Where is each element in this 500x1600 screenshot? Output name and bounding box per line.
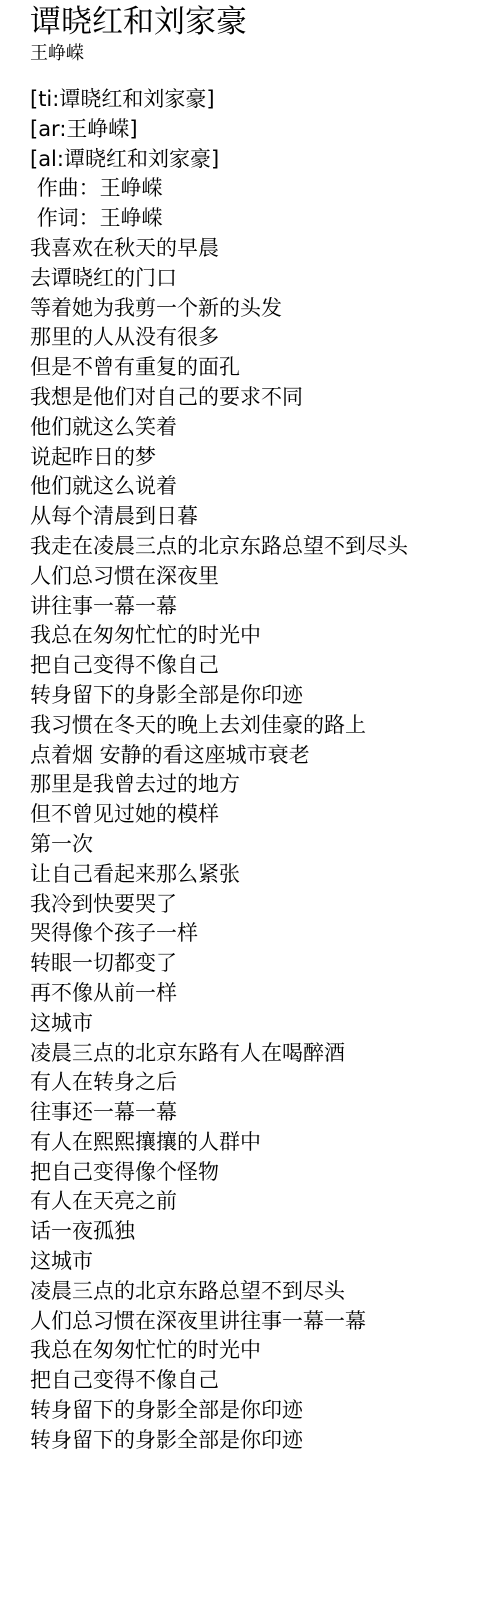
lyric-line: 我习惯在冬天的晚上去刘佳豪的路上 — [30, 711, 480, 741]
lyric-line: 凌晨三点的北京东路总望不到尽头 — [30, 1277, 480, 1307]
lyric-line: 但不曾见过她的模样 — [30, 800, 480, 830]
lyric-line: 我总在匆匆忙忙的时光中 — [30, 1336, 480, 1366]
lyric-line: 我冷到快要哭了 — [30, 890, 480, 920]
lyric-line: 把自己变得不像自己 — [30, 651, 480, 681]
lyric-line: 转身留下的身影全部是你印迹 — [30, 1396, 480, 1426]
lyric-line: 他们就这么笑着 — [30, 413, 480, 443]
lyric-line: 有人在熙熙攘攘的人群中 — [30, 1128, 480, 1158]
lyric-line: 凌晨三点的北京东路有人在喝醉酒 — [30, 1039, 480, 1069]
lyric-line: 哭得像个孩子一样 — [30, 919, 480, 949]
lyric-line: 他们就这么说着 — [30, 472, 480, 502]
lyric-line: 有人在转身之后 — [30, 1068, 480, 1098]
lyric-line: 有人在天亮之前 — [30, 1187, 480, 1217]
lyric-line: 人们总习惯在深夜里讲往事一幕一幕 — [30, 1307, 480, 1337]
page-title: 谭晓红和刘家豪 — [30, 4, 480, 40]
lyric-line: 那里的人从没有很多 — [30, 323, 480, 353]
lyric-line: 说起昨日的梦 — [30, 443, 480, 473]
lyric-line: [al:谭晓红和刘家豪] — [30, 145, 480, 175]
lyric-line: 但是不曾有重复的面孔 — [30, 353, 480, 383]
lyric-line: 我喜欢在秋天的早晨 — [30, 234, 480, 264]
lyric-line: 这城市 — [30, 1247, 480, 1277]
lyric-line: 我想是他们对自己的要求不同 — [30, 383, 480, 413]
lyric-line: 我总在匆匆忙忙的时光中 — [30, 621, 480, 651]
lyric-line: 去谭晓红的门口 — [30, 264, 480, 294]
lyric-line: 从每个清晨到日暮 — [30, 502, 480, 532]
lyric-line: 作曲：王峥嵘 — [30, 174, 480, 204]
lyric-line: 作词：王峥嵘 — [30, 204, 480, 234]
lyric-line: 话一夜孤独 — [30, 1217, 480, 1247]
lyric-line: [ar:王峥嵘] — [30, 115, 480, 145]
lyric-line: 这城市 — [30, 1009, 480, 1039]
artist-name: 王峥嵘 — [30, 43, 480, 64]
lyric-line: 我走在凌晨三点的北京东路总望不到尽头 — [30, 532, 480, 562]
lyric-line: 第一次 — [30, 830, 480, 860]
lyric-line: 讲往事一幕一幕 — [30, 592, 480, 622]
lyric-line: 把自己变得像个怪物 — [30, 1158, 480, 1188]
lyric-line: 把自己变得不像自己 — [30, 1366, 480, 1396]
lyric-line: [ti:谭晓红和刘家豪] — [30, 85, 480, 115]
lyrics-body: [ti:谭晓红和刘家豪][ar:王峥嵘][al:谭晓红和刘家豪] 作曲：王峥嵘 … — [30, 85, 480, 1456]
lyric-line: 那里是我曾去过的地方 — [30, 770, 480, 800]
lyrics-page: 谭晓红和刘家豪 王峥嵘 [ti:谭晓红和刘家豪][ar:王峥嵘][al:谭晓红和… — [0, 0, 500, 1600]
lyric-line: 点着烟 安静的看这座城市衰老 — [30, 741, 480, 771]
lyric-line: 让自己看起来那么紧张 — [30, 860, 480, 890]
lyric-line: 往事还一幕一幕 — [30, 1098, 480, 1128]
lyric-line: 等着她为我剪一个新的头发 — [30, 294, 480, 324]
lyric-line: 转身留下的身影全部是你印迹 — [30, 681, 480, 711]
lyric-line: 人们总习惯在深夜里 — [30, 562, 480, 592]
lyric-line: 转身留下的身影全部是你印迹 — [30, 1426, 480, 1456]
lyric-line: 转眼一切都变了 — [30, 949, 480, 979]
lyric-line: 再不像从前一样 — [30, 979, 480, 1009]
